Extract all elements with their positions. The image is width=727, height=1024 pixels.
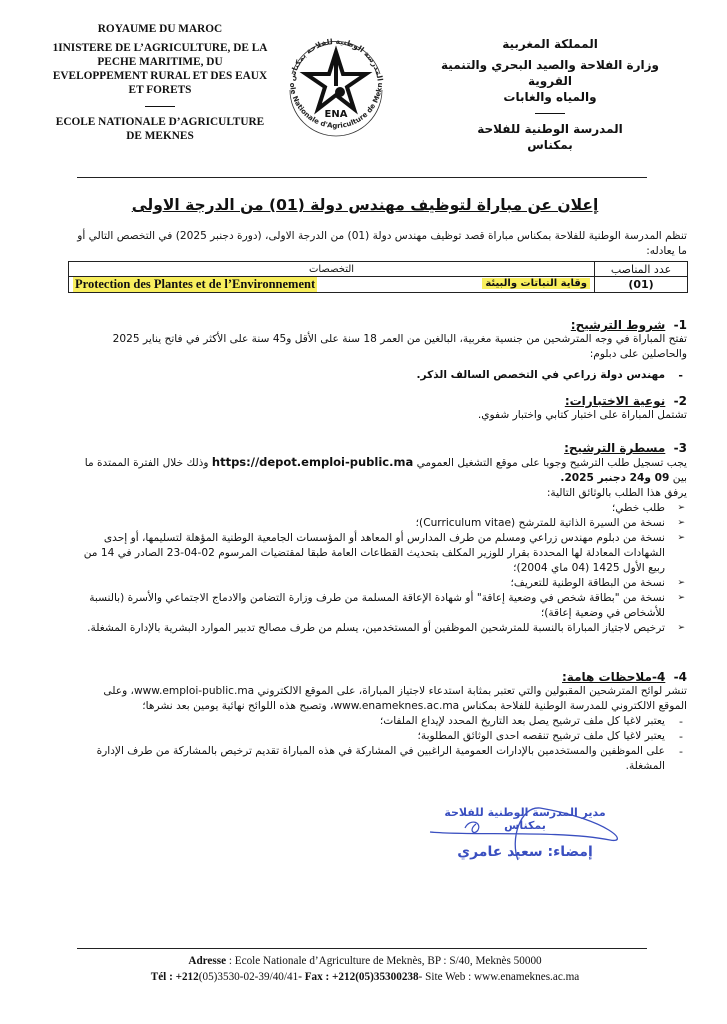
list-item: مهندس دولة زراعي في التخصص السالف الذكر.	[72, 368, 687, 383]
section-title: مسطرة الترشيح:	[564, 441, 665, 455]
specialty-cell: وقاية النباتات والبيئة Protection des Pl…	[69, 277, 595, 293]
school-fr-line: ECOLE NATIONALE D’AGRICULTURE	[50, 115, 270, 129]
diploma-list: مهندس دولة زراعي في التخصص السالف الذكر.	[72, 368, 687, 383]
table-header-row: عدد المناصب التخصصات	[69, 262, 688, 277]
list-item: ترخيص لاجتياز المباراة بالنسبة للمترشحين…	[72, 621, 687, 636]
section-eligibility: 1- شروط الترشيح: تفتح المباراة في وجه ال…	[72, 318, 687, 383]
section-number: 2-	[674, 394, 687, 408]
footer-address: Adresse : Ecole Nationale d’Agriculture …	[60, 953, 670, 969]
ena-star-emblem-icon: المدرسة الوطنية للفلاحة بمكناس Ecole Nat…	[276, 24, 396, 144]
table-row: (01) وقاية النباتات والبيئة Protection d…	[69, 277, 688, 293]
section-notes: 4- 4-ملاحظات هامة: تنشر لوائح المترشحين …	[72, 670, 687, 774]
school-ar-line: المدرسة الوطنية للفلاحة	[425, 121, 675, 137]
announcement-title: إعلان عن مباراة لتوظيف مهندس دولة (01) م…	[60, 196, 670, 214]
director-signature: مدير المدرسة الوطنية للفلاحة بمكناس إمضا…	[410, 800, 640, 880]
section-text: تشتمل المباراة على اختبار كتابي واختبار …	[72, 408, 687, 423]
position-count: (01)	[595, 277, 688, 293]
svg-text:ENA: ENA	[325, 109, 348, 120]
specialty-fr: Protection des Plantes et de l’Environne…	[73, 277, 317, 292]
section-text: يجب تسجيل طلب الترشيح وجوبا على موقع الت…	[72, 455, 687, 486]
section-procedure: 3- مسطرة الترشيح: يجب تسجيل طلب الترشيح …	[72, 441, 687, 636]
header-specialties: التخصصات	[69, 262, 595, 277]
header-left-french: ROYAUME DU MAROC 1INISTERE DE L’AGRICULT…	[50, 22, 270, 143]
ministry-ar-line: والمياه والغابات	[425, 89, 675, 105]
school-fr-line: DE MEKNES	[50, 129, 270, 143]
header-separator	[77, 177, 647, 178]
ministry-fr-line: PECHE MARITIME, DU	[50, 55, 270, 69]
documents-list: طلب خطي؛ نسخة من السيرة الذاتية للمترشح …	[72, 501, 687, 636]
divider	[145, 106, 175, 107]
intro-text: تنظم المدرسة الوطنية للفلاحة بمكناس مبار…	[72, 229, 687, 259]
header-right-arabic: المملكة المغربية وزارة الفلاحة والصيد ال…	[425, 36, 675, 153]
signature-city: بمكناس	[410, 819, 640, 832]
section-text: تنشر لوائح المترشحين المقبولين والتي تعت…	[72, 684, 687, 714]
list-item: طلب خطي؛	[72, 501, 687, 516]
footer-contact: Tél : +212(05)3530-02-39/40/41- Fax : +2…	[60, 969, 670, 985]
list-item: نسخة من البطاقة الوطنية للتعريف؛	[72, 576, 687, 591]
ministry-fr-line: EVELOPPEMENT RURAL ET DES EAUX	[50, 69, 270, 83]
list-item: نسخة من دبلوم مهندس زراعي ومسلم من طرف ا…	[72, 531, 687, 576]
header-count: عدد المناصب	[595, 262, 688, 277]
school-ar-line: بمكناس	[425, 137, 675, 153]
section-number: 4-	[674, 670, 687, 684]
ministry-fr-line: ET FORETS	[50, 83, 270, 97]
footer: Adresse : Ecole Nationale d’Agriculture …	[60, 953, 670, 985]
ena-logo: المدرسة الوطنية للفلاحة بمكناس Ecole Nat…	[276, 24, 396, 144]
footer-separator	[77, 948, 647, 949]
section-exams: 2- نوعية الاختبارات: تشتمل المباراة على …	[72, 394, 687, 423]
section-number: 1-	[674, 318, 687, 332]
specialty-ar: وقاية النباتات والبيئة	[482, 278, 590, 289]
list-item: نسخة من السيرة الذاتية للمترشح (Curricul…	[72, 516, 687, 531]
signature-name: إمضاء: سعيد عامري	[410, 846, 640, 859]
country-ar: المملكة المغربية	[425, 36, 675, 52]
divider	[535, 113, 565, 114]
ministry-fr-line: 1INISTERE DE L’AGRICULTURE, DE LA	[50, 41, 270, 55]
date-range: 09 و24 دجنبر 2025.	[560, 472, 669, 484]
ministry-ar-line: وزارة الفلاحة والصيد البحري والتنمية الق…	[425, 57, 675, 89]
section-number: 3-	[674, 441, 687, 455]
signature-title: مدير المدرسة الوطنية للفلاحة	[410, 806, 640, 819]
positions-table: عدد المناصب التخصصات (01) وقاية النباتات…	[68, 261, 688, 293]
section-title: 4-ملاحظات هامة:	[562, 670, 665, 684]
list-item: يعتبر لاغيا كل ملف ترشيح يصل بعد التاريخ…	[72, 714, 687, 729]
list-item: نسخة من "بطاقة شخص في وضعية إعاقة" أو شه…	[72, 591, 687, 621]
country-fr: ROYAUME DU MAROC	[50, 22, 270, 36]
docs-intro: يرفق هذا الطلب بالوثائق التالية:	[72, 486, 687, 501]
website-link[interactable]: - Site Web : www.enameknes.ac.ma	[419, 971, 580, 983]
section-title: شروط الترشيح:	[571, 318, 666, 332]
section-text: تفتح المباراة في وجه المترشحين من جنسية …	[72, 332, 687, 362]
list-item: على الموظفين والمستخدمين بالإدارات العمو…	[72, 744, 687, 774]
depot-url-link[interactable]: https://depot.emploi-public.ma	[212, 455, 413, 469]
notes-list: يعتبر لاغيا كل ملف ترشيح يصل بعد التاريخ…	[72, 714, 687, 774]
list-item: يعتبر لاغيا كل ملف ترشيح تنقصه احدى الوث…	[72, 729, 687, 744]
section-title: نوعية الاختبارات:	[565, 394, 665, 408]
